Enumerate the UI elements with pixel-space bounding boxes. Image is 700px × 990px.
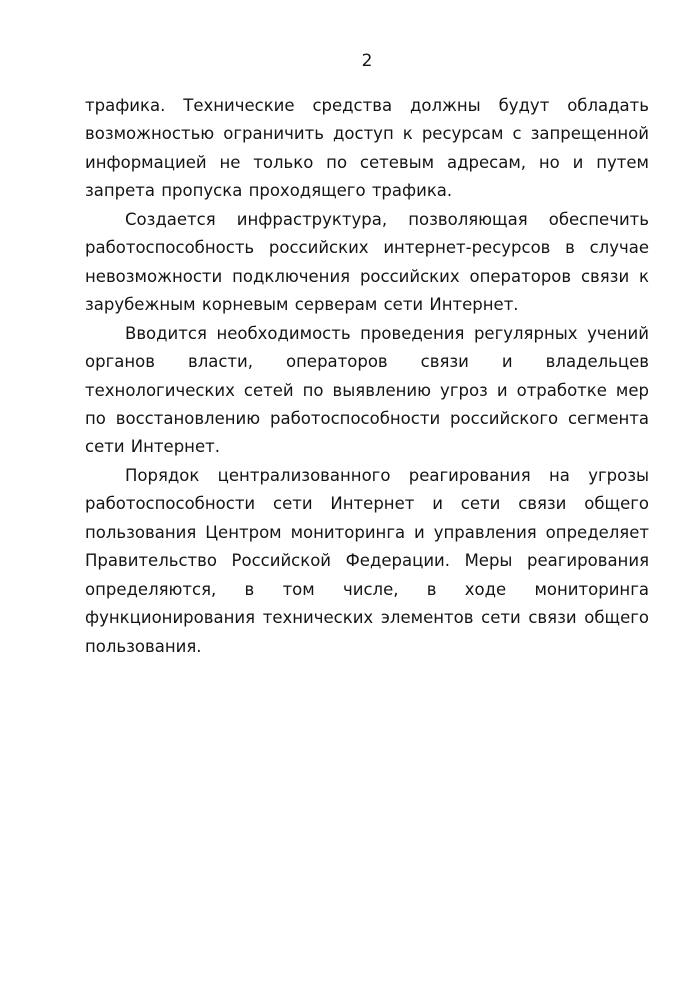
paragraph: Порядок централизованного реагирования н… (85, 462, 649, 661)
body-text: трафика. Технические средства должны буд… (85, 92, 649, 661)
paragraph: Создается инфраструктура, позволяющая об… (85, 206, 649, 320)
paragraph: Вводится необходимость проведения регуля… (85, 320, 649, 462)
paragraph: трафика. Технические средства должны буд… (85, 92, 649, 206)
document-page: 2 трафика. Технические средства должны б… (0, 0, 700, 990)
page-content: 2 трафика. Технические средства должны б… (0, 0, 700, 661)
page-number: 2 (85, 50, 649, 72)
